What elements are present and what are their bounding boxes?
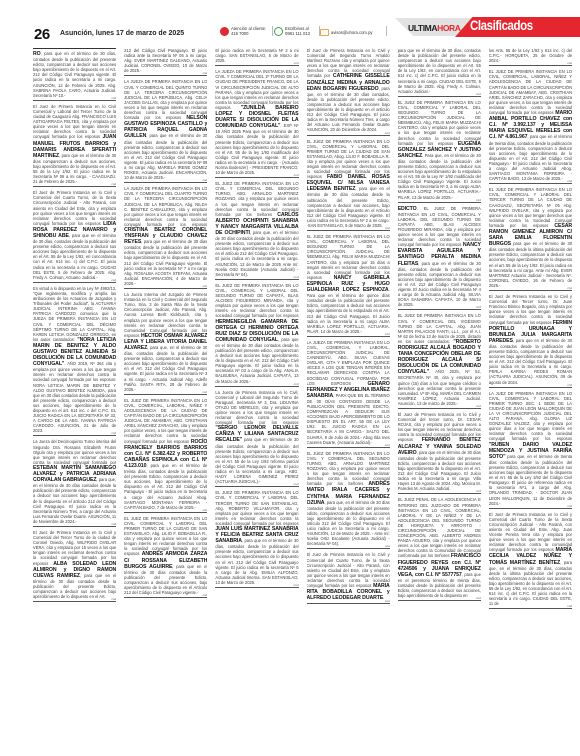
notice-text: , PARA QUE EN EL TÉRMINO DE 30 DÍAS CONT… — [307, 393, 390, 445]
notice-divider: cód — [215, 65, 298, 69]
notice-code: cód — [476, 305, 481, 309]
notice-code: cód — [203, 390, 208, 394]
notice-code: cód — [385, 226, 390, 230]
notice-code: cód — [111, 431, 116, 435]
notice-text: los Arts. 55 de la Ley 1/92 y 614 inc. c… — [489, 48, 572, 63]
notice-code: cód — [111, 278, 116, 282]
notice-code: cód — [294, 382, 299, 386]
brand-logo: ULTIMAHORA — [408, 23, 461, 33]
legal-notice: EL JUEZ DE PRIMERA INSTANCIA EN LO CIVIL… — [215, 283, 298, 385]
legal-notice: EL JUEZ DE PRIMERA INSTANCIA EN LO CIVIL… — [489, 69, 572, 182]
notice-party-names: EDICTO — [398, 206, 417, 212]
notice-divider: cód — [489, 290, 572, 294]
notice-divider: cód — [398, 493, 481, 497]
notice-text: 212 del Código Civil Paraguayo. El juici… — [124, 48, 207, 73]
legal-notice: LA JUEZA DE PRIMERA INSTANCIA EN LO CIVI… — [307, 340, 390, 446]
notice-divider: cód — [124, 512, 207, 516]
notice-text: , para que, en el término de 30 días con… — [307, 500, 390, 547]
classifieds-columns: RO, para que en el término de 30 días, c… — [33, 48, 580, 756]
notice-code: cód — [476, 92, 481, 96]
column-6: los Arts. 55 de la Ley 1/92 y 614 inc. c… — [489, 48, 572, 738]
notice-code: cód — [294, 61, 299, 65]
notice-text: , para que en el término de treinta días… — [489, 134, 572, 181]
legal-notice: EL JUEZ DE PRIMERA INSTANCIA EN LO CIVIL… — [215, 181, 298, 278]
column-4: El Juez de Primera Instancia en lo Civil… — [307, 48, 390, 738]
notice-code: cód — [111, 96, 116, 100]
notice-divider: cód — [398, 96, 481, 100]
notice-code: cód — [385, 332, 390, 336]
notice-text: . AÑO 2019, Nº 364 cita y emplaza por qu… — [33, 361, 116, 433]
notice-divider: cód — [215, 486, 298, 490]
notice-text: , para que, en el término de 30 días, co… — [124, 345, 207, 392]
notice-divider: cód — [124, 394, 207, 398]
notice-divider: cód — [33, 601, 116, 605]
legal-notice: La Jueza del Decimoquinto Turno interina… — [33, 439, 116, 525]
notice-code: cód — [203, 284, 208, 288]
legal-notice: EL JUEZ PENAL DE LA ADOLESCENCIA E INTER… — [398, 497, 481, 599]
legal-notice: 212 del Código Civil Paraguayo. El juici… — [124, 48, 207, 74]
notice-text: , para que en el término de 30 días cont… — [307, 186, 390, 228]
notice-divider: cód — [215, 279, 298, 283]
legal-notice: para que en el término de 30 días, conta… — [398, 48, 481, 95]
notice-text: , para que en el término de treinta días… — [124, 463, 207, 510]
notice-text: . AÑO 2025, Nº 52, SECRETARÍA Nº 40, cit… — [398, 369, 481, 406]
notice-text: EL JUEZ DE PRIMERA INSTANCIA EN LO CIVIL… — [124, 398, 207, 444]
notice-text: . EL JUEZ DE PRIMERA INSTANCIA EN LO CIV… — [398, 206, 481, 248]
notice-code: cód — [294, 275, 299, 279]
legal-notice: LA JUEZA DE PRIMERA INSTANCIA EN LO CIVI… — [124, 186, 207, 287]
notice-divider: cód — [215, 386, 298, 390]
notice-text: En virtud a lo dispuesto en la Ley Nº 49… — [33, 286, 116, 342]
notice-text: LA JUEZA DE PRIMERA INSTANCIA EN LO CIVI… — [124, 186, 207, 227]
contact-whatsapp-value: 0981 111 013 — [285, 31, 310, 36]
notice-code: cód — [203, 593, 208, 597]
notice-divider: cód — [33, 282, 116, 286]
notice-text: EL JUEZ DE PRIMERA INSTANCIA EN LO CIVIL… — [489, 69, 572, 115]
phone-icon — [220, 27, 229, 36]
notice-text: para que, en el término de treinta días … — [489, 454, 572, 506]
contact-email-value: avisos@uhora.com.py — [331, 30, 373, 35]
legal-notice: LA JUEZ DE PRIMERA INSTANCIA EN LO CIVIL… — [489, 391, 572, 507]
contact-whatsapp[interactable]: Escribinos al0981 111 013 — [274, 26, 310, 36]
column-3: El juicio radica en la Secretaría Nº 2 a… — [215, 48, 298, 738]
notice-code: cód — [111, 597, 116, 601]
notice-text: LA JUEZA DE PRIMERA INSTANCIA EN LO CIVI… — [307, 340, 390, 386]
notice-text: para que en el término de 30 días contad… — [489, 241, 572, 288]
notice-divider: cód — [33, 186, 116, 190]
legal-notice: EL JUEZ DE PRIMERA INSTANCIA EN LO CIVIL… — [124, 516, 207, 596]
notice-divider: cód — [33, 526, 116, 530]
legal-notice: El Juez de Primera Instancia en lo Civil… — [489, 294, 572, 386]
notice-text: para que en términos de 30 días contados… — [215, 437, 298, 484]
legal-notice: EL JUEZ DE PRIMERA INSTANCIA EN LO CIVIL… — [215, 490, 298, 586]
notice-code: cód — [567, 383, 572, 387]
legal-notice: EL JUEZ DE PRIMERA INSTANCIA EN LO CIVIL… — [307, 234, 390, 335]
notice-text: , para que en el término de 30 días, con… — [215, 538, 298, 585]
legal-notice: El Juez de Primera Instancia en lo Civil… — [307, 48, 390, 134]
notice-text: LA JUEZA DE PRIMERA INSTANCIA EN LO CIVI… — [124, 79, 207, 120]
notice-text: . EXP Nº 19 AÑO 2025 Para que en el térm… — [215, 123, 298, 175]
notice-divider: cód — [33, 100, 116, 104]
notice-divider: cód — [215, 587, 298, 591]
notice-divider: cód — [489, 508, 572, 512]
notice-text: , para que, en el término de 30 días con… — [307, 86, 390, 133]
legal-notice: LA JUEZA DE PRIMERA INSTANCIA EN LO CIVI… — [215, 69, 298, 176]
notice-code: cód — [111, 522, 116, 526]
notice-divider: cód — [124, 75, 207, 79]
legal-notice: los Arts. 55 de la Ley 1/92 y 614 inc. c… — [489, 48, 572, 64]
notice-divider: cód — [398, 309, 481, 313]
notice-code: cód — [111, 182, 116, 186]
notice-text: EL JUEZ PENAL DE LA ADOLESCENCIA E INTER… — [398, 497, 481, 558]
notice-text: , para que en el término de 30 días cont… — [124, 239, 207, 286]
divider — [33, 48, 116, 49]
notice-divider: cód — [124, 288, 207, 292]
notice-code: cód — [385, 599, 390, 603]
notice-text: , para que en el término de 30 días cont… — [489, 338, 572, 385]
legal-notice: EL JUEZ DE PRIMERA INSTANCIA EN LO CIVIL… — [307, 451, 390, 548]
notice-text: EL JUEZ DE PRIMERA INSTANCIA EN LO CIVIL… — [307, 234, 390, 280]
notice-divider: cód — [215, 177, 298, 181]
notice-text: EL JUEZ DE PRIMERA INSTANCIA EN LO CIVIL… — [489, 187, 572, 228]
notice-divider: cód — [307, 336, 390, 340]
notice-divider: cód — [124, 597, 207, 601]
notice-text: , para que en el término de 30 días, con… — [33, 233, 116, 280]
notice-code: cód — [567, 604, 572, 608]
notice-code: cód — [294, 482, 299, 486]
legal-notice: EL JUEZ DE PRIMERA INSTANCIA EN LO CIVIL… — [489, 187, 572, 289]
notice-text: para que en el término de 30 días, conta… — [398, 48, 481, 94]
legal-notice: El Juez de Primera Instancia en lo Civil… — [33, 190, 116, 281]
legal-notice: En virtud a lo dispuesto en la Ley Nº 49… — [33, 286, 116, 435]
notice-divider: cód — [398, 600, 481, 604]
notice-code: cód — [385, 544, 390, 548]
legal-notice: EL JUEZ DE PRIMERA INSTANCIA EN LO CIVIL… — [398, 100, 481, 201]
notice-text: , para que en el término de 30 días cont… — [124, 133, 207, 180]
contact-phone[interactable]: Atención al cliente:415 7000 — [220, 26, 266, 36]
section-title: Clasificados — [470, 17, 533, 33]
notice-divider: cód — [398, 202, 481, 206]
notice-code: cód — [476, 404, 481, 408]
notice-divider: cód — [307, 135, 390, 139]
notice-text: El juicio radica en la Secretaría Nº 2 a… — [215, 48, 298, 63]
notice-divider: cód — [307, 447, 390, 451]
legal-notice: EL JUEZ DE PRIMERA INSTANCIA EN LO CIVIL… — [398, 313, 481, 407]
notice-code: cód — [203, 178, 208, 182]
notice-text: LA JUEZA DE PRIMERA INSTANCIA EN LO CIVI… — [215, 69, 298, 110]
column-2: 212 del Código Civil Paraguayo. El juici… — [124, 48, 207, 738]
legal-notice: El juicio radica en la Secretaría Nº 2 a… — [215, 48, 298, 64]
notice-text: , para que en el término de 30 días, con… — [33, 51, 116, 98]
notice-code: cód — [476, 489, 481, 493]
column-1: RO, para que en el término de 30 días, c… — [33, 48, 116, 738]
contact-email[interactable]: avisos@uhora.com.py — [320, 29, 373, 36]
legal-notice: LA JUEZA DE PRIMERA INSTANCIA EN LO CIVI… — [124, 79, 207, 181]
notice-code: cód — [567, 504, 572, 508]
notice-text: , para que en el término de 30 días cont… — [215, 337, 298, 384]
legal-notice: El Juez de Primera Instancia en lo Civil… — [33, 530, 116, 600]
notice-text: EL JUEZ DE PRIMERA INSTANCIA EN LO CIVIL… — [398, 100, 481, 146]
legal-notice: El Juez de Primera Instancia en lo Civil… — [307, 552, 390, 602]
notice-divider: cód — [489, 65, 572, 69]
notice-text: La Jueza de Primera Instancia en lo Civi… — [215, 390, 298, 426]
notice-text: , para que, en el término de 30 días con… — [215, 230, 298, 277]
notice-divider: cód — [489, 608, 572, 612]
legal-notice: La Jueza Interina del Juzgado de Primera… — [124, 292, 207, 393]
notice-text: , para que, en el término de 30 días, co… — [489, 560, 572, 607]
notice-divider: cód — [489, 387, 572, 391]
notice-text: LA JUEZ DE PRIMERA INSTANCIA EN LO CIVIL… — [489, 391, 572, 442]
notice-divider: cód — [398, 408, 481, 412]
notice-text: EL JUEZ DE PRIMERA INSTANCIA EN LO CIVIL… — [307, 139, 390, 180]
divider — [272, 26, 273, 36]
notice-code: cód — [567, 61, 572, 65]
publication-date: Asunción, lunes 17 de marzo de 2025 — [60, 30, 184, 37]
notice-code: cód — [567, 286, 572, 290]
notice-code: cód — [476, 198, 481, 202]
notice-text: , para que, en el término de 30 días con… — [33, 477, 116, 524]
notice-party-names: RO — [33, 51, 41, 57]
page-header: 26 Asunción, lunes 17 de marzo de 2025 A… — [0, 0, 580, 46]
notice-text: , para que en el término de 30 días cont… — [398, 450, 481, 492]
notice-code: cód — [294, 583, 299, 587]
notice-code: cód — [385, 131, 390, 135]
divider — [386, 26, 387, 36]
notice-text: , para que en el término de 30 días, con… — [398, 261, 481, 308]
notice-text: EL JUEZ DE PRIMERA INSTANCIA EN LO CIVIL… — [215, 490, 298, 526]
notice-divider: cód — [307, 230, 390, 234]
notice-code: cód — [476, 596, 481, 600]
column-5: para que en el término de 30 días, conta… — [398, 48, 481, 738]
legal-notice: EL JUEZ DE PRIMERA INSTANCIA EN LO CIVIL… — [124, 398, 207, 511]
legal-notice: El Juez de Primera Instancia en lo Civil… — [489, 512, 572, 608]
mail-icon — [320, 29, 329, 36]
notice-divider: cód — [307, 603, 390, 607]
legal-notice: EL JUEZ DE PRIMERA INSTANCIA EN LO CIVIL… — [307, 139, 390, 230]
legal-notice: La Jueza de Primera Instancia en lo Civi… — [215, 390, 298, 486]
legal-notice: RO, para que en el término de 30 días, c… — [33, 51, 116, 99]
notice-divider: cód — [124, 182, 207, 186]
notice-divider: cód — [489, 183, 572, 187]
notice-text: . Para que, en el término de 30 días con… — [398, 153, 481, 200]
notice-code: cód — [385, 443, 390, 447]
notice-text: EL JUEZ DE PRIMERA INSTANCIA EN LO CIVIL… — [215, 283, 298, 319]
notice-divider: cód — [307, 548, 390, 552]
legal-notice: El Juez de Primera Instancia en lo Civil… — [398, 412, 481, 492]
legal-notice: El Juez de Primera Instancia en lo Civil… — [33, 104, 116, 185]
page-number: 26 — [34, 26, 50, 43]
notice-code: cód — [203, 71, 208, 75]
legal-notice: EDICTO. EL JUEZ DE PRIMERA INSTANCIA EN … — [398, 206, 481, 309]
notice-text: La Jueza del Decimoquinto Turno interina… — [33, 439, 116, 464]
notice-code: cód — [203, 508, 208, 512]
notice-text: La Jueza Interina del Juzgado de Primera… — [124, 292, 207, 338]
whatsapp-icon — [274, 27, 283, 36]
contact-phone-value: 415 7000 — [231, 31, 248, 36]
notice-text: . Para que en el término de quince días … — [307, 287, 390, 334]
notice-code: cód — [294, 173, 299, 177]
notice-code: cód — [567, 179, 572, 183]
notice-divider: cód — [33, 435, 116, 439]
